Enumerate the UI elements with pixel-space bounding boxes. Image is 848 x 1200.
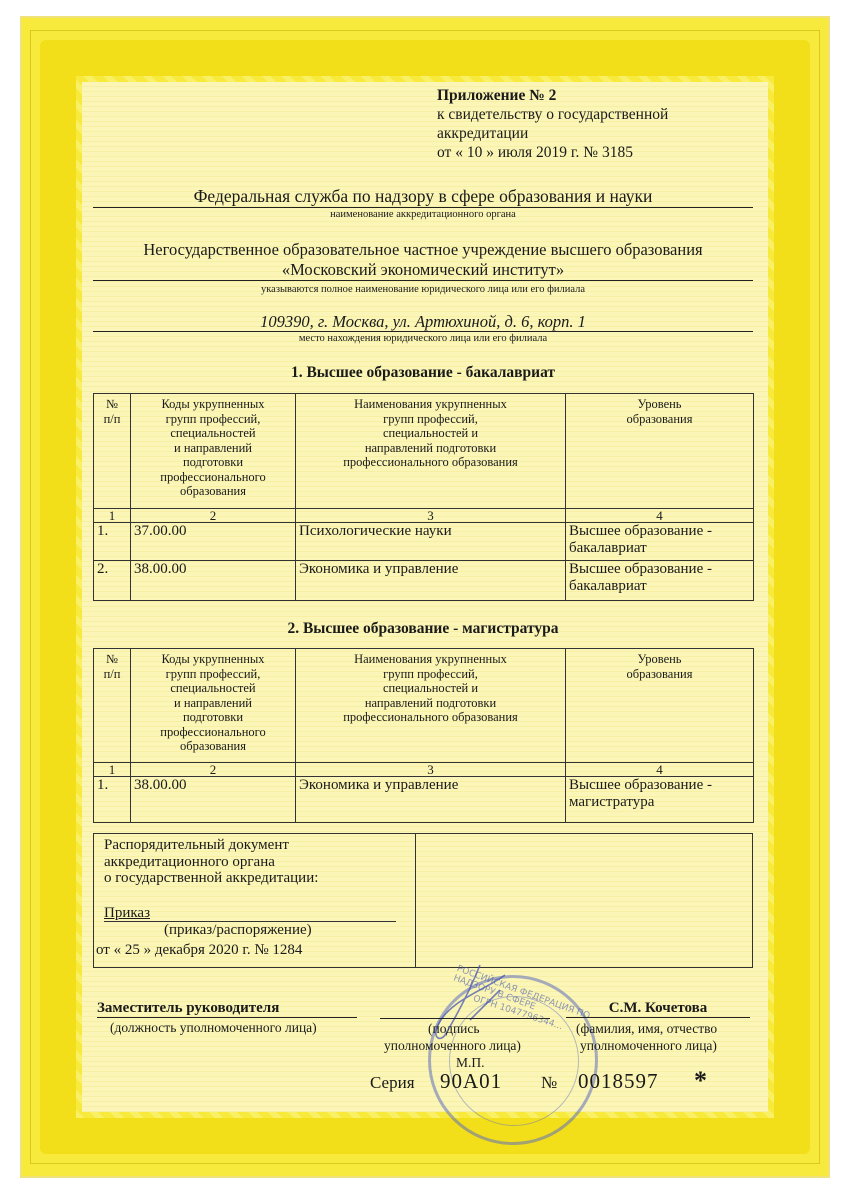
order-line-3: о государственной аккредитации: [104,870,415,887]
row-number: 2. [94,561,131,601]
row-name: Экономика и управление [296,777,566,823]
header-number-text: № п/п [104,397,121,426]
asterisk-mark: * [694,1066,707,1096]
order-line-2: аккредитационного органа [104,854,415,871]
table-row: 1. 37.00.00 Психологические науки Высшее… [94,523,754,561]
col-number-2: 2 [131,763,296,777]
signatory-position: Заместитель руководителя [97,1000,357,1018]
header-code: Коды укрупненных групп профессий, специа… [131,394,296,509]
header-code-text: Коды укрупненных групп профессий, специа… [160,397,265,498]
institution-line-2: «Московский экономический институт» [93,260,753,281]
order-document-details: Распорядительный документ аккредитационн… [94,834,416,967]
appendix-line-2: аккредитации [437,124,668,143]
order-document-box: Распорядительный документ аккредитационн… [93,833,753,968]
header-name: Наименования укрупненных групп профессий… [296,649,566,763]
row-level: Высшее образование - бакалавриат [566,561,754,601]
row-name: Психологические науки [296,523,566,561]
col-number-1: 1 [94,509,131,523]
signatory-name-caption-1: (фамилия, имя, отчество [576,1021,717,1037]
signatory-name-caption-2: уполномоченного лица) [580,1038,717,1054]
appendix-line-1: к свидетельству о государственной [437,105,668,124]
row-name: Экономика и управление [296,561,566,601]
row-level: Высшее образование - бакалавриат [566,523,754,561]
signature-line [380,1018,550,1019]
authority-caption: наименование аккредитационного органа [93,209,753,220]
authority-name: Федеральная служба по надзору в сфере об… [93,186,753,208]
row-code: 37.00.00 [131,523,296,561]
order-type: Приказ [104,905,396,923]
series-label: Серия [370,1073,415,1093]
col-number-2: 2 [131,509,296,523]
row-level: Высшее образование - магистратура [566,777,754,823]
col-number-1: 1 [94,763,131,777]
header-level-text: Уровень образования [627,652,693,681]
number-label: № [541,1073,557,1093]
institution-line-1: Негосударственное образовательное частно… [93,240,753,260]
institution-caption: указываются полное наименование юридичес… [93,284,753,295]
section-2-title: 2. Высшее образование - магистратура [93,620,753,638]
header-level: Уровень образования [566,649,754,763]
header-level: Уровень образования [566,394,754,509]
header-name: Наименования укрупненных групп профессий… [296,394,566,509]
row-code: 38.00.00 [131,777,296,823]
signature-caption-2: уполномоченного лица) [384,1038,521,1054]
series-value: 90А01 [440,1069,502,1094]
col-number-4: 4 [566,509,754,523]
appendix-title: Приложение № 2 [437,86,668,105]
order-line-1: Распорядительный документ [104,837,415,854]
row-code: 38.00.00 [131,561,296,601]
header-code: Коды укрупненных групп профессий, специа… [131,649,296,763]
header-number-text: № п/п [104,652,121,681]
header-name-text: Наименования укрупненных групп профессий… [343,652,518,724]
header-name-text: Наименования укрупненных групп профессий… [343,397,518,469]
address-caption: место нахождения юридического лица или е… [93,333,753,344]
appendix-line-3: от « 10 » июля 2019 г. № 3185 [437,143,668,162]
header-level-text: Уровень образования [627,397,693,426]
master-table: № п/п Коды укрупненных групп профессий, … [93,648,754,823]
appendix-block: Приложение № 2 к свидетельству о государ… [437,86,668,162]
col-number-3: 3 [296,509,566,523]
signature-caption-1: (подпись [428,1021,480,1037]
header-number: № п/п [94,394,131,509]
bachelor-table: № п/п Коды укрупненных групп профессий, … [93,393,754,601]
order-date-line: от « 25 » декабря 2020 г. № 1284 [96,942,415,959]
section-1-title: 1. Высшее образование - бакалавриат [93,364,753,382]
row-number: 1. [94,777,131,823]
header-code-text: Коды укрупненных групп профессий, специа… [160,652,265,753]
order-type-caption: (приказ/распоряжение) [104,922,415,939]
signatory-position-caption: (должность уполномоченного лица) [110,1020,317,1036]
col-number-3: 3 [296,763,566,777]
header-number: № п/п [94,649,131,763]
number-value: 0018597 [578,1069,659,1094]
signatory-name: С.М. Кочетова [566,1000,750,1018]
table-row: 1. 38.00.00 Экономика и управление Высше… [94,777,754,823]
address-value: 109390, г. Москва, ул. Артюхиной, д. 6, … [93,312,753,332]
col-number-4: 4 [566,763,754,777]
table-row: 2. 38.00.00 Экономика и управление Высше… [94,561,754,601]
row-number: 1. [94,523,131,561]
